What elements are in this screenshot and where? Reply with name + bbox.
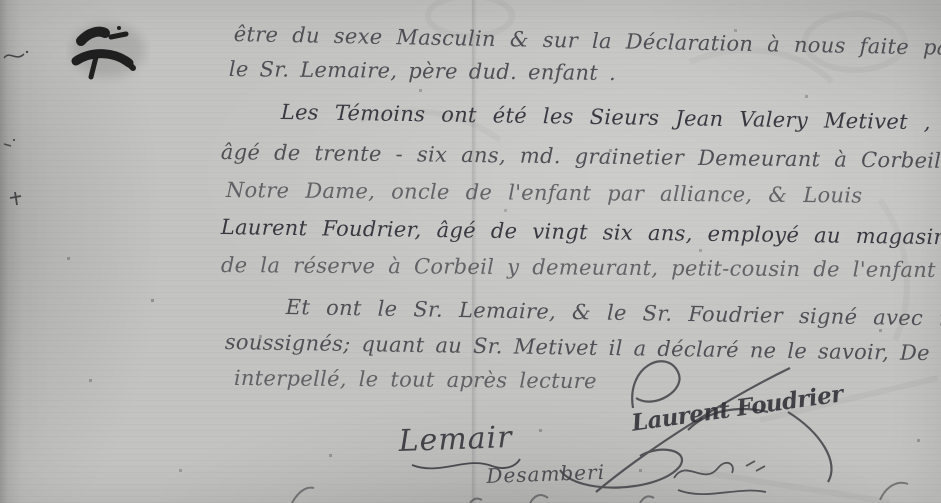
bottom-edge-partial-strokes xyxy=(0,478,941,503)
manuscript-line: le Sr. Lemaire, père dud. enfant . xyxy=(229,57,616,85)
manuscript-line: de la réserve à Corbeil y demeurant, pet… xyxy=(221,253,936,282)
paper-speckles xyxy=(0,0,1,1)
edge-cross-mark xyxy=(8,190,24,208)
ink-blot xyxy=(66,14,150,84)
manuscript-scan-page: être du sexe Masculin & sur la Déclarati… xyxy=(0,0,941,503)
edge-dash xyxy=(2,136,18,150)
edge-squiggle xyxy=(2,44,30,68)
